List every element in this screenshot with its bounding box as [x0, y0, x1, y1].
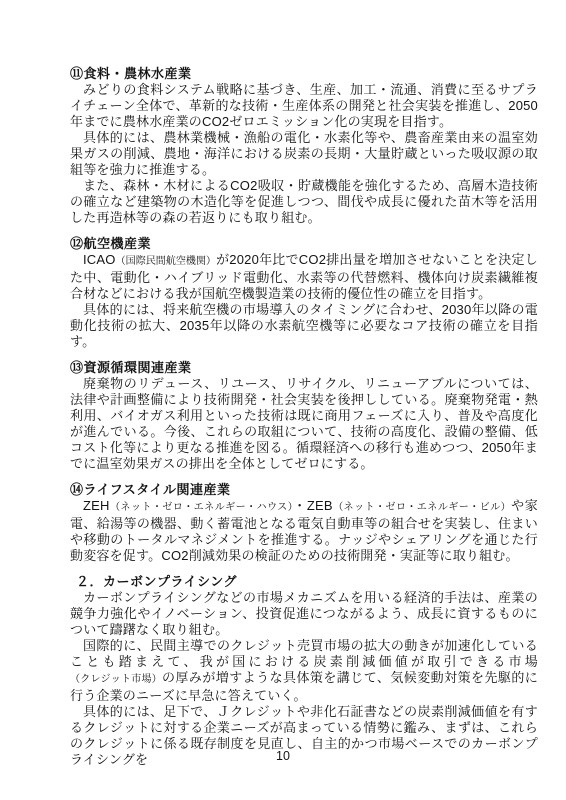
paragraph: みどりの食料システム戦略に基づき、生産、加工・流通、消費に至るサプライチェーン全…	[70, 82, 538, 130]
paragraph: 国際的に、民間主導でのクレジット売買市場の拡大の動きが加速化していることも踏まえ…	[70, 638, 538, 704]
section-heading: ⑬資源循環関連産業	[70, 360, 538, 376]
section-heading: ２．カーボンプライシング	[70, 574, 538, 590]
paragraph: また、森林・木材によるCO2吸収・貯蔵機能を強化するため、高層木造技術の確立など…	[70, 178, 538, 226]
page-number: 10	[0, 749, 566, 764]
section-heading: ⑪食料・農林水産業	[70, 66, 538, 82]
paragraph: 具体的には、将来航空機の市場導入のタイミングに合わせ、2030年以降の電動化技術…	[70, 302, 538, 350]
document-page: ⑪食料・農林水産業 みどりの食料システム戦略に基づき、生産、加工・流通、消費に至…	[0, 0, 566, 800]
section-heading: ⑭ライフスタイル関連産業	[70, 482, 538, 498]
document-content: ⑪食料・農林水産業 みどりの食料システム戦略に基づき、生産、加工・流通、消費に至…	[70, 66, 538, 768]
paragraph: カーボンプライシングなどの市場メカニズムを用いる経済的手法は、産業の競争力強化や…	[70, 590, 538, 638]
section-heading: ⑫航空機産業	[70, 236, 538, 252]
paragraph: 具体的には、農林業機械・漁船の電化・水素化等や、農畜産業由来の温室効果ガスの削減…	[70, 130, 538, 178]
paragraph: ZEH（ネット・ゼロ・エネルギー・ハウス）・ZEB（ネット・ゼロ・エネルギー・ビ…	[70, 498, 538, 564]
section-carbon-pricing: ２．カーボンプライシング カーボンプライシングなどの市場メカニズムを用いる経済的…	[70, 574, 538, 768]
paragraph: 廃棄物のリデュース、リユース、リサイクル、リニューアブルについては、法律や計画整…	[70, 376, 538, 472]
paragraph: ICAO（国際民間航空機関）が2020年比でCO2排出量を増加させないことを決定…	[70, 252, 538, 302]
section-resource-circulation-industry: ⑬資源循環関連産業 廃棄物のリデュース、リユース、リサイクル、リニューアブルにつ…	[70, 360, 538, 472]
section-aircraft-industry: ⑫航空機産業 ICAO（国際民間航空機関）が2020年比でCO2排出量を増加させ…	[70, 236, 538, 350]
section-food-agriculture-forestry-fisheries: ⑪食料・農林水産業 みどりの食料システム戦略に基づき、生産、加工・流通、消費に至…	[70, 66, 538, 226]
section-lifestyle-industry: ⑭ライフスタイル関連産業 ZEH（ネット・ゼロ・エネルギー・ハウス）・ZEB（ネ…	[70, 482, 538, 564]
